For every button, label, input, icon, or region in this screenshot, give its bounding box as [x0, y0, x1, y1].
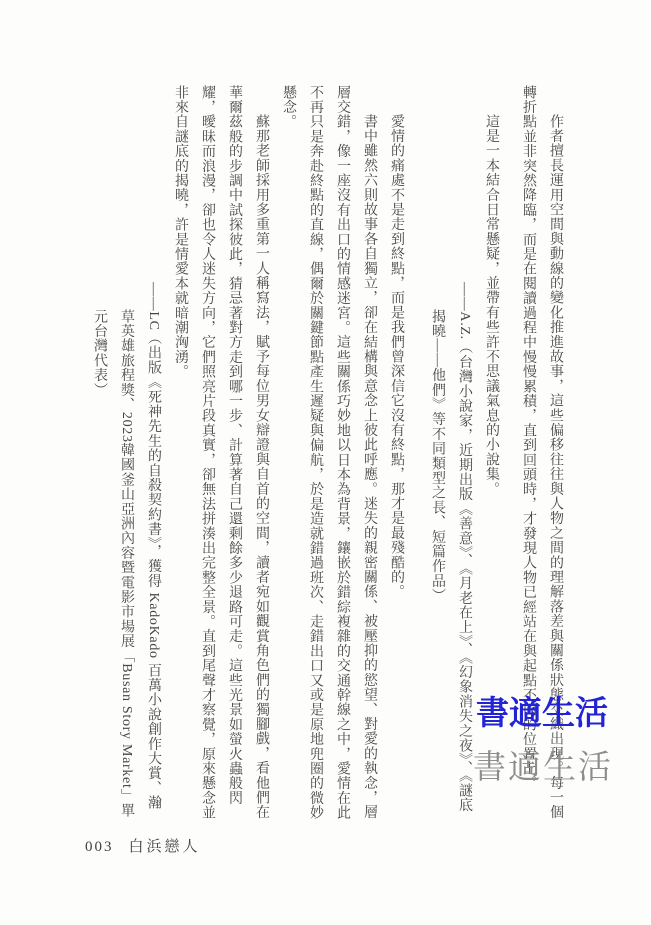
attribution-lc: ——LC（出版《死神先生的自殺契約書》，獲得 KadoKado 百萬小說創作大賞…: [86, 85, 167, 822]
page-number: 003: [85, 839, 114, 855]
paragraph-reviewer1-summary: 這是一本結合日常懸疑，並帶有些許不思議氣息的小說集。: [478, 85, 505, 822]
book-title: 白浜戀人: [129, 839, 201, 855]
paragraph-reviewer2-body1: 書中雖然六則故事各自獨立，卻在結構與意念上彼此呼應。迷失的親密關係、被壓抑的慾望…: [275, 85, 383, 822]
page-footer: 003白浜戀人: [85, 835, 201, 856]
paragraph-reviewer2-quote: 愛情的痛處不是走到終點，而是我們曾深信它沒有終點，那才是最殘酷的。: [383, 85, 410, 822]
book-page: 作者擅長運用空間與動線的變化推進故事，這些偏移往往與人物之間的理解落差與關係狀態…: [0, 0, 651, 925]
review-text-block: 作者擅長運用空間與動線的變化推進故事，這些偏移往往與人物之間的理解落差與關係狀態…: [86, 85, 569, 822]
paragraph-reviewer2-body2: 蘇那老師採用多重第一人稱寫法，賦予每位男女辯證與自首的空間，讀者宛如觀賞角色們的…: [167, 85, 275, 822]
attribution-az: ——A.Z.（台灣小說家，近期出版《善意》、《月老在上》、《幻象消失之夜》、《謎…: [424, 85, 478, 822]
paragraph-reviewer1-body: 作者擅長運用空間與動線的變化推進故事，這些偏移往往與人物之間的理解落差與關係狀態…: [515, 85, 569, 822]
